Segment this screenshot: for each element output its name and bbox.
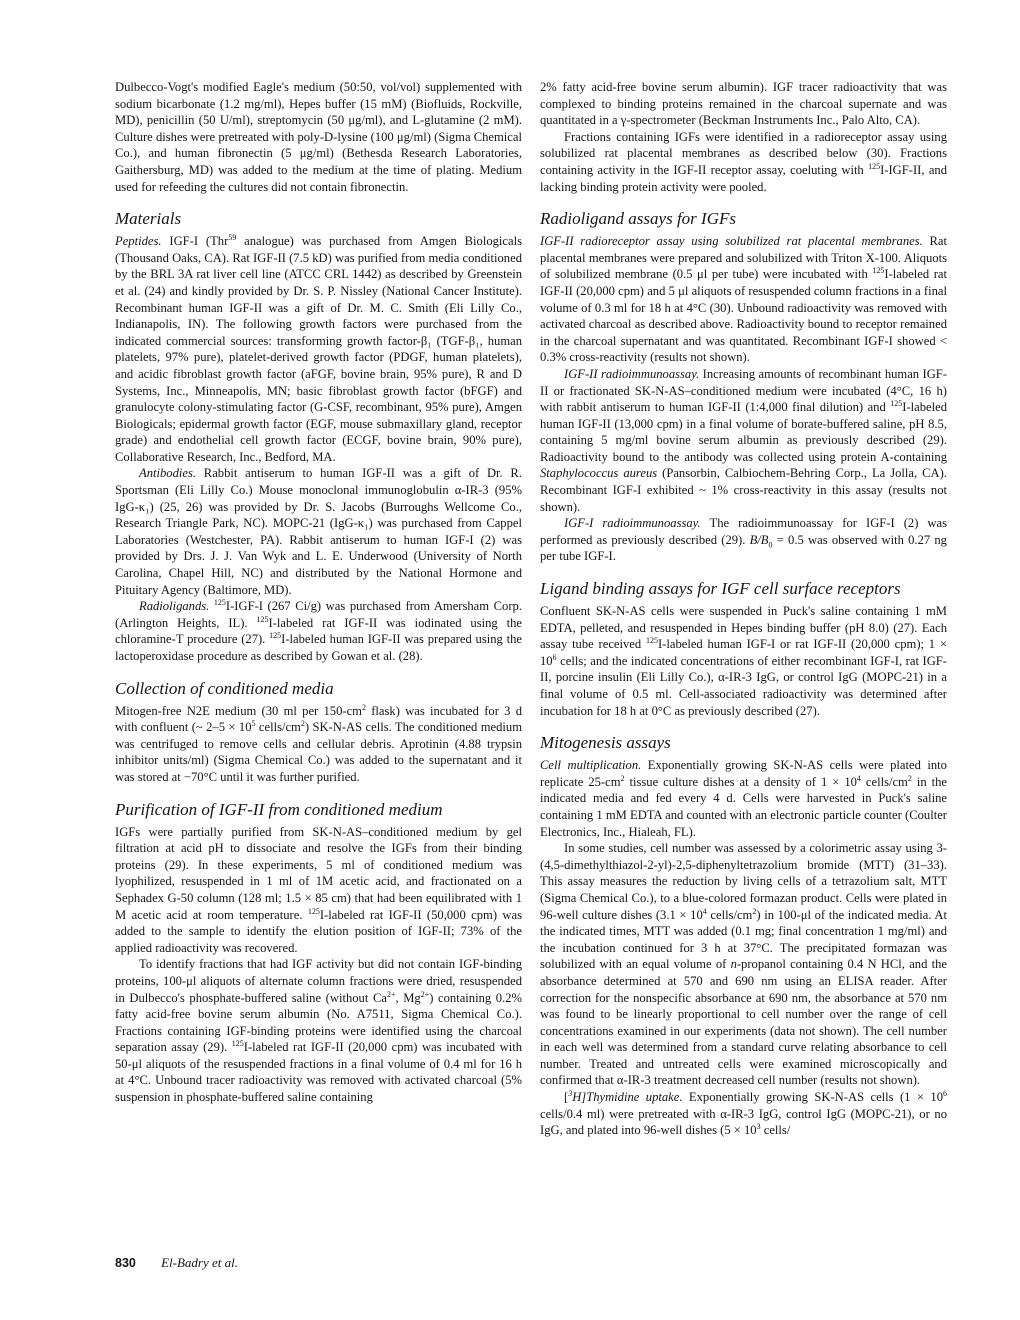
text: cells/cm [707, 908, 753, 922]
paragraph-thymidine-uptake: [3H]Thymidine uptake. Exponentially grow… [540, 1089, 947, 1139]
right-column: 2% fatty acid-free bovine serum albumin)… [540, 79, 947, 1139]
text: cells/cm [861, 775, 908, 789]
paragraph-radioligands: Radioligands. 125I-IGF-I (267 Ci/g) was … [115, 598, 522, 664]
text: , Mg [395, 991, 420, 1005]
paragraph-cell-multiplication: Cell multiplication. Exponentially growi… [540, 757, 947, 840]
runin-heading-radioligands: Radioligands. [139, 599, 209, 613]
superscript: 125 [269, 631, 281, 640]
section-heading-radioligand-assays: Radioligand assays for IGFs [540, 209, 947, 229]
paragraph-charcoal-continued: 2% fatty acid-free bovine serum albumin)… [540, 79, 947, 129]
page-number: 830 [115, 1256, 136, 1270]
text: -propanol containing 0.4 N HCl, and the … [540, 957, 947, 1087]
runin-heading-thymidine: H]Thymidine uptake. [572, 1090, 682, 1104]
text: cells/0.4 ml) were pretreated with α-IR-… [540, 1107, 947, 1138]
superscript: 125 [256, 615, 268, 624]
paragraph-identify-fractions: To identify fractions that had IGF activ… [115, 956, 522, 1105]
left-column: Dulbecco-Vogt's modified Eagle's medium … [115, 79, 522, 1106]
paragraph-igf2-ria: IGF-II radioimmunoassay. Increasing amou… [540, 366, 947, 515]
text: IGF-I (Thr [162, 234, 229, 248]
runin-heading-igf2-ria: IGF-II radioimmunoassay. [564, 367, 699, 381]
paragraph-purification: IGFs were partially purified from SK-N-A… [115, 824, 522, 957]
superscript: 125 [308, 906, 320, 915]
formula: B/B [750, 533, 769, 547]
paragraph-collection: Mitogen-free N2E medium (30 ml per 150-c… [115, 703, 522, 786]
text: Dulbecco-Vogt's modified Eagle's medium … [115, 80, 522, 194]
paragraph-igf1-ria: IGF-I radioimmunoassay. The radioimmunoa… [540, 515, 947, 565]
superscript: 125 [232, 1039, 244, 1048]
italic-species-name: Staphylococcus aureus [540, 466, 657, 480]
section-heading-purification: Purification of IGF-II from conditioned … [115, 800, 522, 820]
runin-heading-radioreceptor: IGF-II radioreceptor assay using solubil… [540, 234, 923, 248]
paragraph-fractions: Fractions containing IGFs were identifie… [540, 129, 947, 195]
runin-heading-antibodies: Antibodies. [139, 466, 196, 480]
paragraph-antibodies: Antibodies. Rabbit antiserum to human IG… [115, 465, 522, 598]
paragraph-mtt-assay: In some studies, cell number was assesse… [540, 840, 947, 1089]
text: Mitogen-free N2E medium (30 ml per 150-c… [115, 704, 362, 718]
superscript: 125 [890, 399, 902, 408]
running-head-authors: El-Badry et al. [161, 1255, 238, 1270]
runin-heading-igf1-ria: IGF-I radioimmunoassay. [564, 516, 701, 530]
paragraph-medium-continued: Dulbecco-Vogt's modified Eagle's medium … [115, 79, 522, 195]
text: I-labeled rat IGF-II (20,000 cpm) and 5 … [540, 267, 947, 364]
page-footer: 830 El-Badry et al. [115, 1255, 238, 1271]
superscript: 2+ [421, 989, 430, 998]
superscript: 125 [214, 598, 226, 607]
section-heading-ligand-binding: Ligand binding assays for IGF cell surfa… [540, 579, 947, 599]
paragraph-peptides: Peptides. IGF-I (Thr59 analogue) was pur… [115, 233, 522, 465]
paragraph-radioreceptor-assay: IGF-II radioreceptor assay using solubil… [540, 233, 947, 366]
text: cells/cm [256, 720, 301, 734]
text: cells/ [761, 1123, 791, 1137]
text: 2% fatty acid-free bovine serum albumin)… [540, 80, 947, 127]
superscript: 125 [646, 636, 658, 645]
superscript: 125 [868, 162, 880, 171]
runin-heading-cell-multiplication: Cell multiplication. [540, 758, 641, 772]
text: analogue) was purchased from Amgen Biolo… [115, 234, 522, 464]
superscript: 6 [943, 1089, 947, 1098]
text: Exponentially growing SK-N-AS cells (1 ×… [683, 1090, 944, 1104]
section-heading-collection: Collection of conditioned media [115, 679, 522, 699]
text: cells; and the indicated concentrations … [540, 654, 947, 718]
text: Rabbit antiserum to human IGF-II was a g… [115, 466, 522, 596]
text: tissue culture dishes at a density of 1 … [625, 775, 857, 789]
runin-heading-peptides: Peptides. [115, 234, 162, 248]
superscript: 125 [872, 266, 884, 275]
section-heading-mitogenesis: Mitogenesis assays [540, 733, 947, 753]
section-heading-materials: Materials [115, 209, 522, 229]
paragraph-ligand-binding: Confluent SK-N-AS cells were suspended i… [540, 603, 947, 719]
